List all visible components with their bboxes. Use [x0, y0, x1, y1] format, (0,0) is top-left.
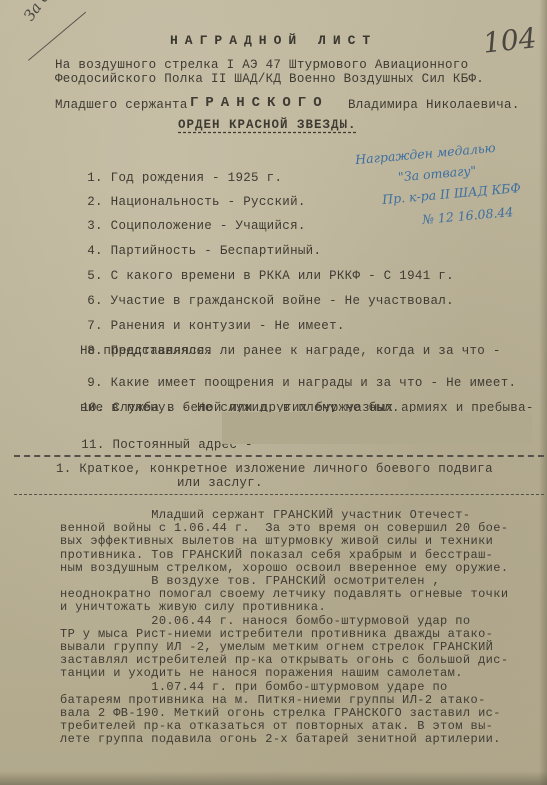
resolution-line-2: "За отвагу" — [397, 163, 476, 185]
narrative-line: батареям противника на м. Питкя-ниеми гр… — [60, 693, 486, 707]
question-8-answer: Не представлялся. — [80, 344, 213, 358]
narrative-line: ТР у мыса Рист-ниеми истребители противн… — [60, 627, 493, 641]
section-heading-line-2: или заслуг. — [177, 476, 263, 490]
page-bottom-shadow — [0, 771, 547, 785]
redacted-address-block — [222, 412, 532, 444]
recipient-unit-line-1: На воздушного стрелка I АЭ 47 Штурмового… — [55, 58, 468, 72]
page-edge-shadow — [539, 0, 547, 785]
recipient-rank: Младшего сержанта — [55, 98, 188, 112]
question-number: 11. — [81, 438, 104, 452]
award-requested: ОРДЕН КРАСНОЙ ЗВЕЗДЫ. — [178, 118, 357, 132]
document-page: За отв 104 НАГРАДНОЙ ЛИСТ На воздушного … — [0, 0, 547, 785]
narrative-line: вала 2 ФВ-190. Меткий огонь стрелка ГРАН… — [60, 706, 501, 720]
narrative-line: вых эффективных вылетов на штурмовку жив… — [60, 534, 493, 548]
section-divider-bottom — [14, 494, 544, 495]
narrative-line: противника. Тов ГРАНСКИЙ показал себя хр… — [60, 548, 493, 562]
corner-handwritten-note: За отв — [20, 0, 66, 24]
recipient-surname: ГРАНСКОГО — [190, 96, 329, 110]
narrative-line: требителей пр-ка отказаться от повторных… — [60, 719, 493, 733]
page-number-handwritten: 104 — [481, 21, 538, 59]
narrative-line: венной войны с 1.06.44 г. За это время о… — [60, 521, 508, 535]
narrative-line: вывали группу ИЛ -2, умелым метким огнем… — [60, 640, 493, 654]
narrative-line: танции и уходить не нанося поражения наш… — [60, 666, 463, 680]
narrative-line: неоднократно помогал своему летчику пода… — [60, 587, 508, 601]
narrative-line: и уничтожать живую силу противника. — [60, 600, 326, 614]
narrative-line: 1.07.44 г. при бомбо-штурмовом ударе по — [60, 680, 448, 694]
document-title: НАГРАДНОЙ ЛИСТ — [170, 34, 377, 48]
section-heading-line-1: 1. Краткое, конкретное изложение личного… — [56, 462, 493, 476]
narrative-line: Младший сержант ГРАНСКИЙ участник Отечес… — [60, 508, 470, 522]
narrative-line: ным воздушным стрелком, хорошо освоил вв… — [60, 561, 508, 575]
narrative-line: заставлял истребителей пр-ка открывать о… — [60, 653, 508, 667]
recipient-name-patronymic: Владимира Николаевича. — [348, 98, 520, 112]
narrative-line: В воздухе тов. ГРАНСКИЙ осмотрителен , — [60, 574, 440, 588]
narrative-line: лете группа подавила огонь 2-х батарей з… — [60, 732, 501, 746]
narrative-line: 20.06.44 г. нанося бомбо-штурмовой удар … — [60, 614, 470, 628]
recipient-unit-line-2: Феодосийского Полка II ШАД/КД Военно Воз… — [55, 72, 484, 86]
resolution-line-4: № 12 16.08.44 — [422, 204, 514, 227]
section-divider-top — [14, 455, 544, 457]
